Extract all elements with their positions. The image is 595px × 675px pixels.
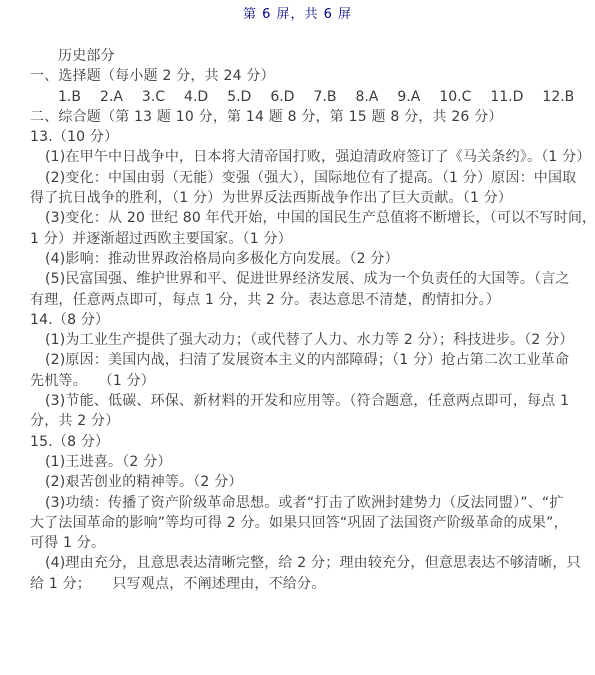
page-indicator: 第 6 屏，共 6 屏 bbox=[0, 0, 595, 22]
q13-answer-line: (4)影响：推动世界政治格局向多极化方向发展。（2 分） bbox=[30, 249, 577, 269]
q13-answer-line: (5)民富国强、维护世界和平、促进世界经济发展、成为一个负责任的大国等。（言之 bbox=[30, 269, 577, 289]
mcq-answers-row: 1.B2.A3.C4.D5.D6.D7.B8.A9.A10.C11.D12.B bbox=[30, 87, 577, 107]
q15-answer-line: (3)功绩：传播了资产阶级革命思想。或者“打击了欧洲封建势力（反法同盟）”、“扩 bbox=[30, 493, 577, 513]
q14-heading: 14.（8 分） bbox=[30, 310, 577, 330]
answer-key-page: 第 6 屏，共 6 屏 历史部分 一、选择题（每小题 2 分，共 24 分） 1… bbox=[0, 0, 595, 675]
q13-answer-line: (1)在甲午中日战争中，日本将大清帝国打败，强迫清政府签订了《马关条约》。（1 … bbox=[30, 147, 577, 167]
mcq-answer: 10.C bbox=[439, 87, 471, 107]
mcq-answer: 11.D bbox=[490, 87, 523, 107]
mcq-section-heading: 一、选择题（每小题 2 分，共 24 分） bbox=[30, 66, 577, 86]
mcq-answer: 9.A bbox=[397, 87, 420, 107]
q15-answer-line: (2)艰苦创业的精神等。（2 分） bbox=[30, 472, 577, 492]
q15-answer-line: 大了法国革命的影响”等均可得 2 分。如果只回答“巩固了法国资产阶级革命的成果”… bbox=[30, 513, 577, 533]
q14-answer-line: (3)节能、低碳、环保、新材料的开发和应用等。（符合题意，任意两点即可，每点 1 bbox=[30, 391, 577, 411]
q15-answer-line: (1)王进喜。（2 分） bbox=[30, 452, 577, 472]
q13-answer-line: 有理，任意两点即可，每点 1 分，共 2 分。表达意思不清楚，酌情扣分。） bbox=[30, 290, 577, 310]
q13-heading: 13.（10 分） bbox=[30, 127, 577, 147]
q14-answer-line: (1)为工业生产提供了强大动力；（或代替了人力、水力等 2 分）；科技进步。（2… bbox=[30, 330, 577, 350]
mcq-answer: 5.D bbox=[227, 87, 251, 107]
mcq-answer: 3.C bbox=[142, 87, 165, 107]
mcq-answer: 8.A bbox=[355, 87, 378, 107]
mcq-answer: 12.B bbox=[542, 87, 574, 107]
comprehensive-section-heading: 二、综合题（第 13 题 10 分，第 14 题 8 分，第 15 题 8 分，… bbox=[30, 107, 577, 127]
document-body: 历史部分 一、选择题（每小题 2 分，共 24 分） 1.B2.A3.C4.D5… bbox=[0, 46, 595, 594]
part-title: 历史部分 bbox=[30, 46, 577, 66]
q14-answer-line: 先机等。 （1 分） bbox=[30, 371, 577, 391]
q15-answer-line: 给 1 分； 只写观点，不阐述理由，不给分。 bbox=[30, 574, 577, 594]
q15-heading: 15.（8 分） bbox=[30, 432, 577, 452]
q13-answer-line: 1 分）并逐渐超过西欧主要国家。（1 分） bbox=[30, 229, 577, 249]
mcq-answer: 7.B bbox=[313, 87, 336, 107]
q13-answer-line: (3)变化：从 20 世纪 80 年代开始，中国的国民生产总值将不断增长，（可以… bbox=[30, 208, 577, 228]
q14-answer-line: 分，共 2 分） bbox=[30, 411, 577, 431]
q13-answer-line: 得了抗日战争的胜利，（1 分）为世界反法西斯战争作出了巨大贡献。（1 分） bbox=[30, 188, 577, 208]
mcq-answer: 2.A bbox=[100, 87, 123, 107]
q15-answer-line: 可得 1 分。 bbox=[30, 533, 577, 553]
mcq-answer: 1.B bbox=[58, 87, 81, 107]
q15-answer-line: (4)理由充分，且意思表达清晰完整，给 2 分；理由较充分，但意思表达不够清晰，… bbox=[30, 553, 577, 573]
q14-answer-line: (2)原因：美国内战，扫清了发展资本主义的内部障碍；（1 分）抢占第二次工业革命 bbox=[30, 350, 577, 370]
q13-answer-line: (2)变化：中国由弱（无能）变强（强大），国际地位有了提高。（1 分）原因：中国… bbox=[30, 168, 577, 188]
mcq-answer: 4.D bbox=[184, 87, 208, 107]
mcq-answer: 6.D bbox=[270, 87, 294, 107]
